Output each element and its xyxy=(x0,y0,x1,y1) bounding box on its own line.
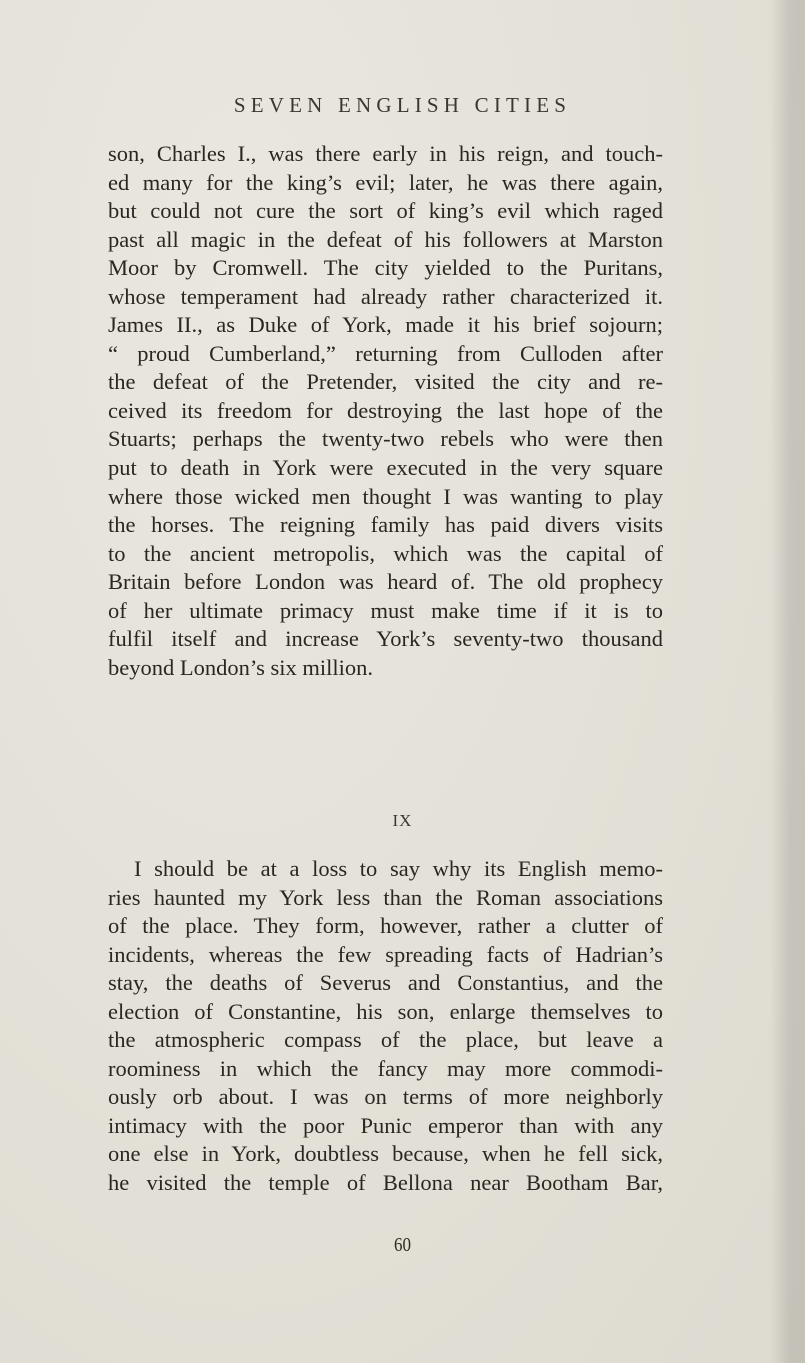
text-line: the defeat of the Pretender, visited the… xyxy=(108,368,663,397)
text-line: the atmospheric compass of the place, bu… xyxy=(108,1026,663,1055)
text-line: to the ancient metropolis, which was the… xyxy=(108,540,663,569)
page-number: 60 xyxy=(0,1234,805,1257)
text-line: he visited the temple of Bellona near Bo… xyxy=(108,1169,663,1198)
text-line: but could not cure the sort of king’s ev… xyxy=(108,197,663,226)
paragraph-2: I should be at a loss to say why its Eng… xyxy=(108,855,663,1198)
text-line: roominess in which the fancy may more co… xyxy=(108,1055,663,1084)
text-line: James II., as Duke of York, made it his … xyxy=(108,311,663,340)
text-line: of her ultimate primacy must make time i… xyxy=(108,597,663,626)
text-line: one else in York, doubtless because, whe… xyxy=(108,1140,663,1169)
text-line: Britain before London was heard of. The … xyxy=(108,568,663,597)
text-line: whose temperament had already rather cha… xyxy=(108,283,663,312)
text-line: ously orb about. I was on terms of more … xyxy=(108,1083,663,1112)
text-line: past all magic in the defeat of his foll… xyxy=(108,226,663,255)
text-line: Stuarts; perhaps the twenty-two rebels w… xyxy=(108,425,663,454)
paragraph-1: son, Charles I., was there early in his … xyxy=(108,140,663,682)
section-number: IX xyxy=(0,811,805,831)
text-line: election of Constantine, his son, enlarg… xyxy=(108,998,663,1027)
text-line: I should be at a loss to say why its Eng… xyxy=(108,855,663,884)
text-line: intimacy with the poor Punic emperor tha… xyxy=(108,1112,663,1141)
book-page: SEVEN ENGLISH CITIES son, Charles I., wa… xyxy=(0,0,805,1363)
text-line: stay, the deaths of Severus and Constant… xyxy=(108,969,663,998)
text-line: beyond London’s six million. xyxy=(108,654,663,683)
text-line: ed many for the king’s evil; later, he w… xyxy=(108,169,663,198)
text-line: put to death in York were executed in th… xyxy=(108,454,663,483)
text-line: ceived its freedom for destroying the la… xyxy=(108,397,663,426)
text-line: incidents, whereas the few spreading fac… xyxy=(108,941,663,970)
text-line: ries haunted my York less than the Roman… xyxy=(108,884,663,913)
text-line: fulfil itself and increase York’s sevent… xyxy=(108,625,663,654)
running-head: SEVEN ENGLISH CITIES xyxy=(0,92,805,118)
text-line: of the place. They form, however, rather… xyxy=(108,912,663,941)
text-line: where those wicked men thought I was wan… xyxy=(108,483,663,512)
text-line: the horses. The reigning family has paid… xyxy=(108,511,663,540)
text-line: son, Charles I., was there early in his … xyxy=(108,140,663,169)
text-line: “ proud Cumberland,” returning from Cull… xyxy=(108,340,663,369)
text-line: Moor by Cromwell. The city yielded to th… xyxy=(108,254,663,283)
